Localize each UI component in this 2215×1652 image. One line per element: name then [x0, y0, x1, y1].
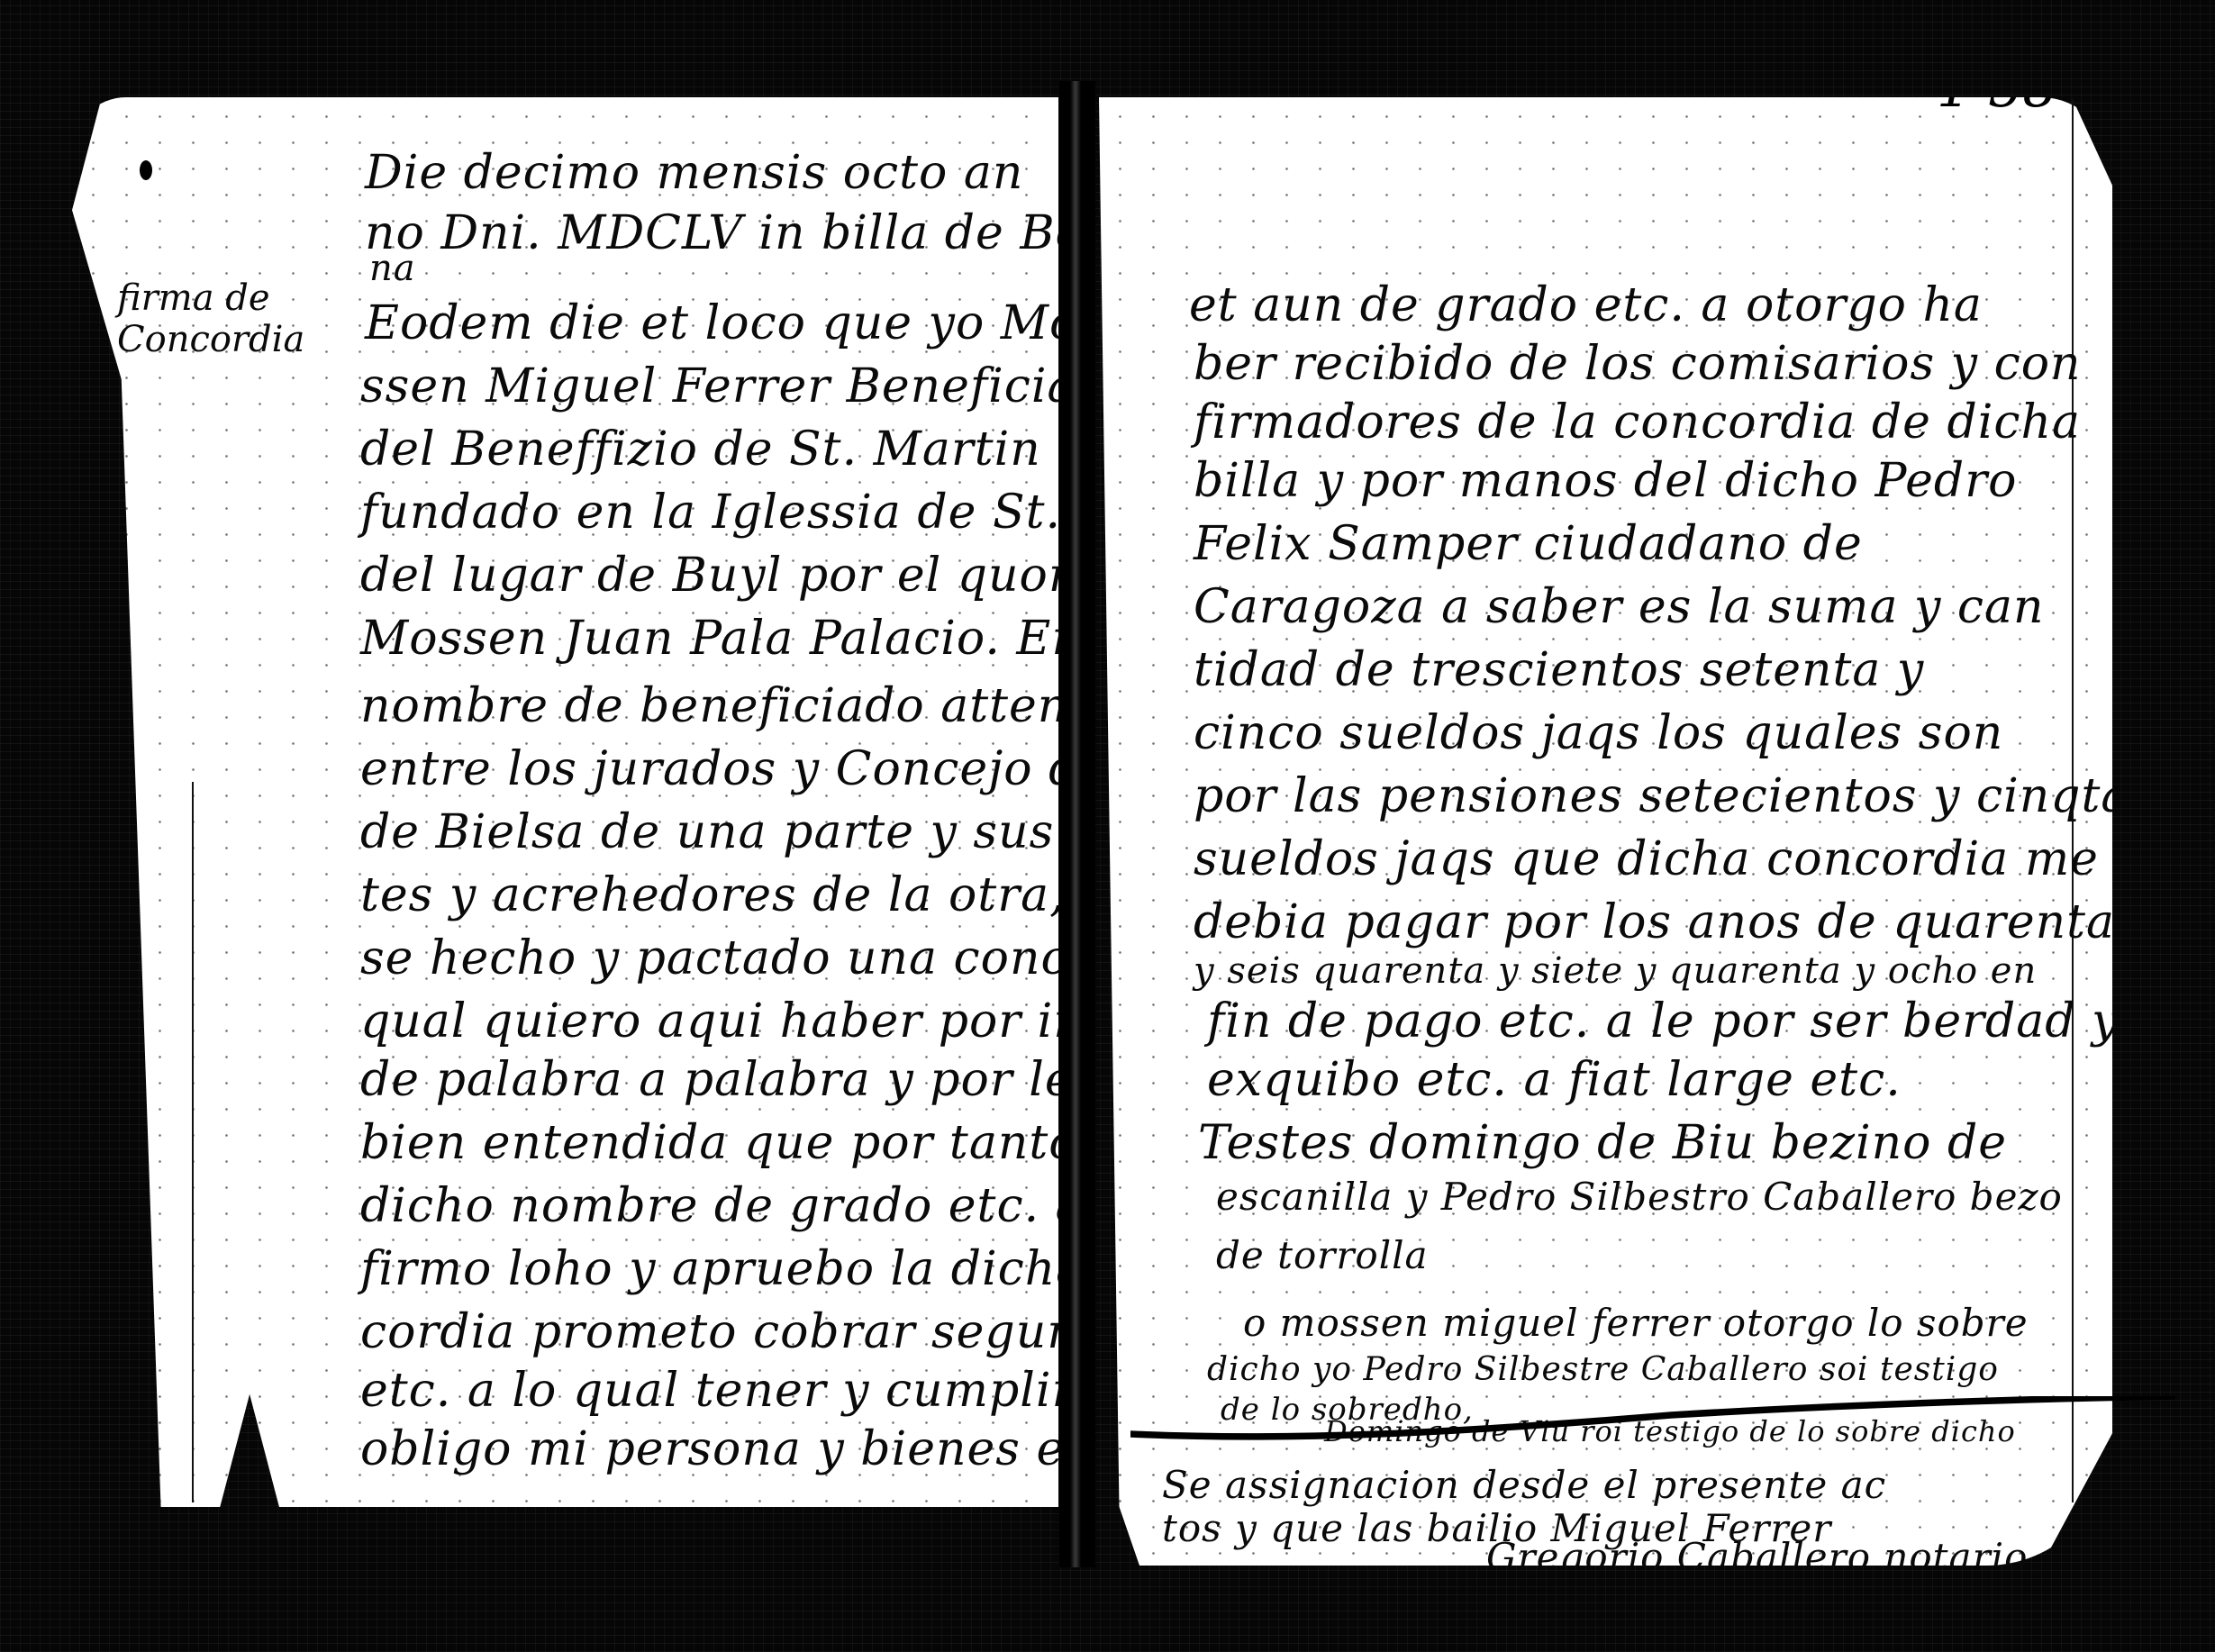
- text-line: Caragoza a saber es la suma y can: [1194, 584, 2045, 631]
- text-line: debia pagar por los anos de quarenta: [1194, 899, 2115, 946]
- text-line: na: [369, 250, 416, 286]
- margin-rule: [192, 782, 194, 1502]
- text-line: Eodem die et loco que yo Mo: [365, 300, 1078, 347]
- signature-line: o mossen miguel ferrer otorgo lo sobre: [1243, 1304, 2029, 1342]
- right-page: 1 58 et aun de grado etc. a otorgo ha be…: [1099, 97, 2112, 1566]
- margin-note-line: firma de: [117, 277, 304, 319]
- notary-signature: Gregorio Caballero notario: [1486, 1539, 2028, 1576]
- annotation-line: Se assignacion desde el presente ac: [1162, 1466, 1886, 1504]
- text-line: bien entendida que por tanto en: [360, 1120, 1153, 1166]
- text-line: Mossen Juan Pala Palacio. En dicho: [360, 615, 1232, 662]
- text-line: obligo mi persona y bienes etc. a: [360, 1426, 1172, 1473]
- text-line: Testes domingo de Biu bezino de: [1198, 1120, 2007, 1166]
- text-line: sueldos jaqs que dicha concordia me: [1194, 836, 2099, 883]
- text-line: escanilla y Pedro Silbestro Caballero be…: [1216, 1178, 2063, 1216]
- text-line: Felix Samper ciudadano de: [1194, 521, 1863, 567]
- text-line: por las pensiones setecientos y cinqta: [1194, 773, 2129, 820]
- text-line: et aun de grado etc. a otorgo ha: [1189, 282, 1983, 329]
- book-gutter: [1059, 81, 1095, 1567]
- text-line: ssen Miguel Ferrer Beneficiado: [360, 363, 1136, 410]
- text-line: tidad de trescientos setenta y: [1194, 647, 1924, 694]
- folio-number: 1 58: [1937, 57, 2057, 120]
- text-line: ber recibido de los comisarios y con: [1194, 340, 2082, 387]
- text-line: firmadores de la concordia de dicha: [1194, 399, 2081, 446]
- text-line: no Dni. MDCLV in billa de Bol: [365, 210, 1100, 257]
- text-line: nombre de beneficiado attendiendo: [360, 683, 1235, 730]
- text-line: cinco sueldos jaqs los quales son: [1194, 710, 2003, 757]
- text-line: fin de pago etc. a le por ser berdad ya: [1207, 998, 2147, 1045]
- text-line: y seis quarenta y siete y quarenta y och…: [1194, 953, 2037, 989]
- text-line: etc. a lo qual tener y cumplir: [360, 1367, 1075, 1414]
- left-page: firma de Concordia Die decimo mensis oct…: [72, 97, 1058, 1507]
- text-line: billa y por manos del dicho Pedro: [1194, 458, 2017, 504]
- flourish-line: [1130, 1396, 2175, 1450]
- text-line: Die decimo mensis octo an: [365, 150, 1023, 196]
- margin-note-line: Concordia: [117, 319, 304, 360]
- text-line: de Bielsa de una parte y sus consor: [360, 809, 1235, 856]
- ink-blot: [140, 160, 152, 180]
- text-line: de torrolla: [1216, 1237, 1429, 1275]
- signature-line: dicho yo Pedro Silbestre Caballero soi t…: [1207, 1354, 1999, 1386]
- text-line: del Beneffizio de St. Martin: [360, 426, 1041, 473]
- margin-note: firma de Concordia: [117, 277, 304, 360]
- text-line: exquibo etc. a fiat large etc.: [1207, 1057, 1902, 1103]
